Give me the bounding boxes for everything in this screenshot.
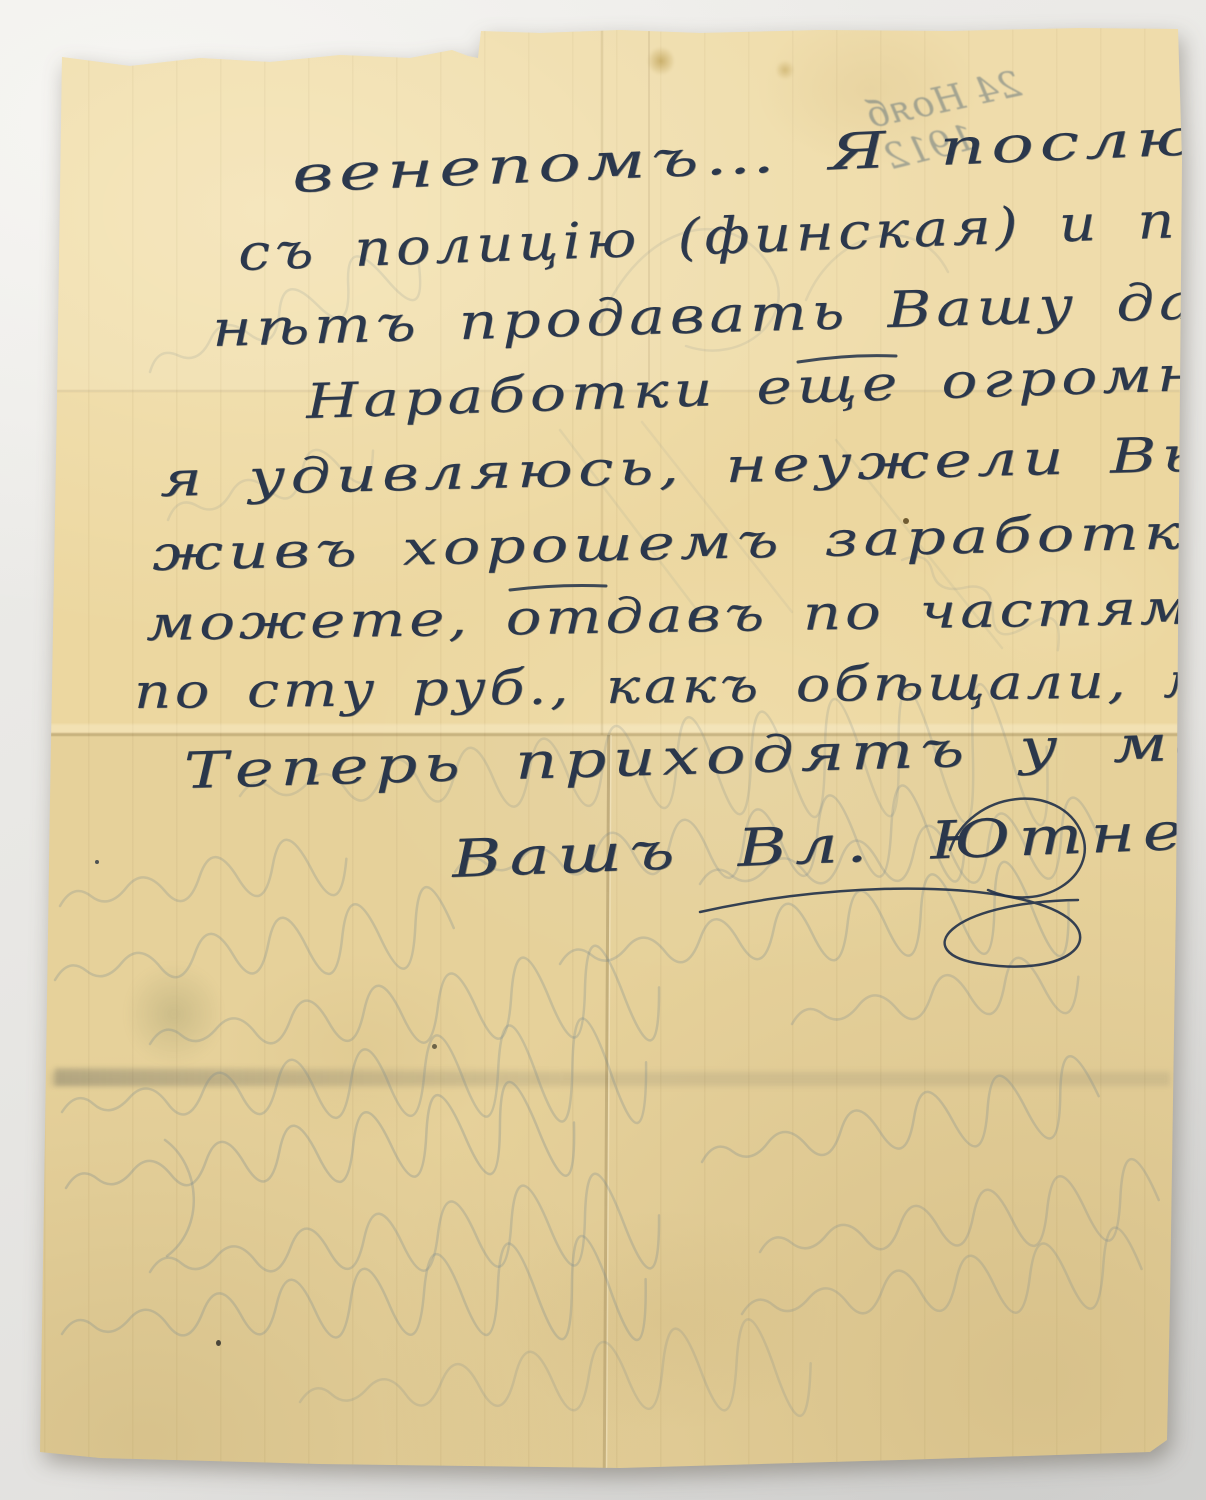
crease-smudge — [55, 1068, 575, 1086]
foxing-stain — [648, 46, 674, 76]
ink-speck — [216, 1340, 221, 1346]
letter-photograph: 24 Нояб 1912 венепомъ… Я послю якъ съ по… — [0, 0, 1206, 1500]
ink-speck — [432, 1044, 437, 1049]
paper-shadow: 24 Нояб 1912 венепомъ… Я послю якъ съ по… — [0, 0, 1206, 1500]
letter-paper: 24 Нояб 1912 венепомъ… Я послю якъ съ по… — [0, 0, 1206, 1500]
ink-speck — [95, 860, 99, 864]
foxing-stain — [776, 60, 794, 80]
smudge-stain — [128, 958, 220, 1070]
handwritten-line: по сту руб., какъ обѣщали, мнѣ… — [134, 651, 1206, 720]
